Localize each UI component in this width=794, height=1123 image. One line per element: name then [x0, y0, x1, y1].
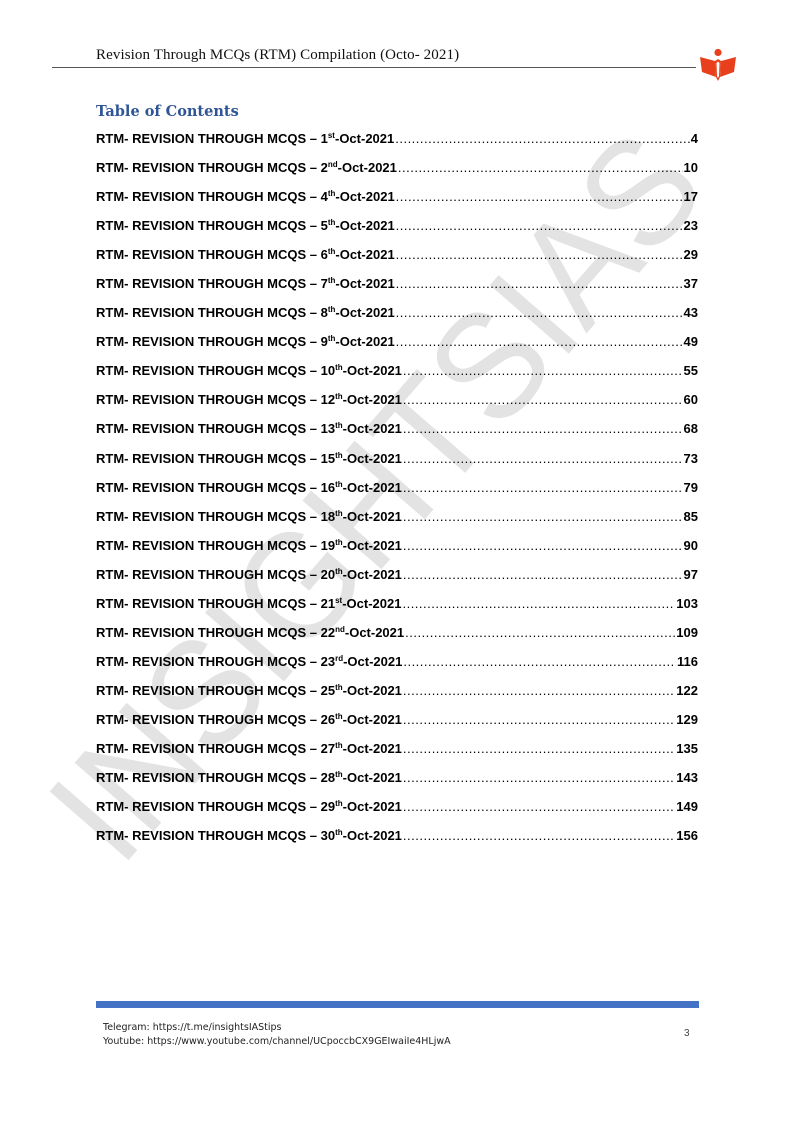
- toc-entry-label[interactable]: RTM- REVISION THROUGH MCQS – 10th-Oct-20…: [96, 363, 402, 378]
- toc-heading: Table of Contents: [96, 103, 239, 120]
- toc-entry-label[interactable]: RTM- REVISION THROUGH MCQS – 27th-Oct-20…: [96, 741, 402, 756]
- toc-dot-leader: [396, 276, 683, 291]
- toc-entry-label[interactable]: RTM- REVISION THROUGH MCQS – 21st-Oct-20…: [96, 596, 401, 611]
- toc-entry[interactable]: RTM- REVISION THROUGH MCQS – 23rd-Oct-20…: [96, 654, 698, 683]
- table-of-contents: RTM- REVISION THROUGH MCQS – 1st-Oct-202…: [96, 131, 698, 857]
- toc-page-number[interactable]: 149: [676, 799, 698, 814]
- toc-page-number[interactable]: 97: [684, 567, 698, 582]
- toc-page-number[interactable]: 90: [684, 538, 698, 553]
- toc-entry-label[interactable]: RTM- REVISION THROUGH MCQS – 1st-Oct-202…: [96, 131, 394, 146]
- toc-entry-label[interactable]: RTM- REVISION THROUGH MCQS – 23rd-Oct-20…: [96, 654, 402, 669]
- telegram-link[interactable]: Telegram: https://t.me/insightsIAStips: [103, 1021, 451, 1035]
- toc-dot-leader: [403, 538, 683, 553]
- toc-entry[interactable]: RTM- REVISION THROUGH MCQS – 12th-Oct-20…: [96, 392, 698, 421]
- toc-page-number[interactable]: 37: [684, 276, 698, 291]
- toc-page-number[interactable]: 23: [684, 218, 698, 233]
- toc-entry-label[interactable]: RTM- REVISION THROUGH MCQS – 25th-Oct-20…: [96, 683, 402, 698]
- toc-dot-leader: [403, 421, 683, 436]
- toc-page-number[interactable]: 73: [684, 451, 698, 466]
- footer-bar: [96, 1001, 699, 1008]
- toc-page-number[interactable]: 129: [676, 712, 698, 727]
- toc-dot-leader: [403, 683, 675, 698]
- toc-dot-leader: [403, 741, 675, 756]
- toc-entry[interactable]: RTM- REVISION THROUGH MCQS – 18th-Oct-20…: [96, 509, 698, 538]
- toc-page-number[interactable]: 49: [684, 334, 698, 349]
- toc-entry[interactable]: RTM- REVISION THROUGH MCQS – 27th-Oct-20…: [96, 741, 698, 770]
- toc-page-number[interactable]: 103: [676, 596, 698, 611]
- toc-entry[interactable]: RTM- REVISION THROUGH MCQS – 5th-Oct-202…: [96, 218, 698, 247]
- toc-entry-label[interactable]: RTM- REVISION THROUGH MCQS – 13th-Oct-20…: [96, 421, 402, 436]
- toc-dot-leader: [403, 567, 683, 582]
- toc-entry[interactable]: RTM- REVISION THROUGH MCQS – 2nd-Oct-202…: [96, 160, 698, 189]
- toc-entry[interactable]: RTM- REVISION THROUGH MCQS – 8th-Oct-202…: [96, 305, 698, 334]
- toc-dot-leader: [403, 363, 683, 378]
- toc-entry-label[interactable]: RTM- REVISION THROUGH MCQS – 12th-Oct-20…: [96, 392, 402, 407]
- toc-entry[interactable]: RTM- REVISION THROUGH MCQS – 13th-Oct-20…: [96, 421, 698, 450]
- toc-page-number[interactable]: 4: [691, 131, 698, 146]
- toc-page-number[interactable]: 17: [684, 189, 698, 204]
- toc-page-number[interactable]: 55: [684, 363, 698, 378]
- toc-page-number[interactable]: 109: [676, 625, 698, 640]
- toc-page-number[interactable]: 10: [684, 160, 698, 175]
- toc-entry[interactable]: RTM- REVISION THROUGH MCQS – 15th-Oct-20…: [96, 451, 698, 480]
- toc-entry[interactable]: RTM- REVISION THROUGH MCQS – 26th-Oct-20…: [96, 712, 698, 741]
- toc-dot-leader: [396, 218, 683, 233]
- page-number: 3: [684, 1028, 690, 1039]
- insightsias-book-logo-icon: [698, 48, 738, 82]
- toc-entry-label[interactable]: RTM- REVISION THROUGH MCQS – 19th-Oct-20…: [96, 538, 402, 553]
- toc-page-number[interactable]: 68: [684, 421, 698, 436]
- toc-entry[interactable]: RTM- REVISION THROUGH MCQS – 4th-Oct-202…: [96, 189, 698, 218]
- toc-entry[interactable]: RTM- REVISION THROUGH MCQS – 9th-Oct-202…: [96, 334, 698, 363]
- toc-entry-label[interactable]: RTM- REVISION THROUGH MCQS – 5th-Oct-202…: [96, 218, 395, 233]
- toc-dot-leader: [403, 770, 675, 785]
- toc-entry[interactable]: RTM- REVISION THROUGH MCQS – 29th-Oct-20…: [96, 799, 698, 828]
- toc-entry-label[interactable]: RTM- REVISION THROUGH MCQS – 20th-Oct-20…: [96, 567, 402, 582]
- toc-dot-leader: [402, 596, 675, 611]
- toc-entry-label[interactable]: RTM- REVISION THROUGH MCQS – 18th-Oct-20…: [96, 509, 402, 524]
- toc-entry[interactable]: RTM- REVISION THROUGH MCQS – 21st-Oct-20…: [96, 596, 698, 625]
- toc-dot-leader: [403, 480, 683, 495]
- toc-dot-leader: [395, 131, 690, 146]
- toc-page-number[interactable]: 116: [677, 654, 698, 669]
- toc-page-number[interactable]: 122: [676, 683, 698, 698]
- toc-dot-leader: [405, 625, 675, 640]
- toc-entry[interactable]: RTM- REVISION THROUGH MCQS – 20th-Oct-20…: [96, 567, 698, 596]
- toc-entry[interactable]: RTM- REVISION THROUGH MCQS – 6th-Oct-202…: [96, 247, 698, 276]
- toc-entry[interactable]: RTM- REVISION THROUGH MCQS – 10th-Oct-20…: [96, 363, 698, 392]
- toc-page-number[interactable]: 135: [676, 741, 698, 756]
- toc-entry-label[interactable]: RTM- REVISION THROUGH MCQS – 15th-Oct-20…: [96, 451, 402, 466]
- toc-page-number[interactable]: 60: [684, 392, 698, 407]
- toc-entry-label[interactable]: RTM- REVISION THROUGH MCQS – 16th-Oct-20…: [96, 480, 402, 495]
- toc-dot-leader: [403, 799, 675, 814]
- toc-dot-leader: [396, 334, 683, 349]
- toc-dot-leader: [403, 654, 676, 669]
- toc-entry[interactable]: RTM- REVISION THROUGH MCQS – 19th-Oct-20…: [96, 538, 698, 567]
- toc-page-number[interactable]: 79: [684, 480, 698, 495]
- toc-entry-label[interactable]: RTM- REVISION THROUGH MCQS – 6th-Oct-202…: [96, 247, 395, 262]
- header-divider: [52, 67, 696, 68]
- toc-dot-leader: [403, 828, 675, 843]
- toc-dot-leader: [403, 509, 683, 524]
- toc-dot-leader: [396, 189, 683, 204]
- toc-entry-label[interactable]: RTM- REVISION THROUGH MCQS – 2nd-Oct-202…: [96, 160, 397, 175]
- toc-entry-label[interactable]: RTM- REVISION THROUGH MCQS – 22nd-Oct-20…: [96, 625, 404, 640]
- toc-entry[interactable]: RTM- REVISION THROUGH MCQS – 30th-Oct-20…: [96, 828, 698, 857]
- toc-entry-label[interactable]: RTM- REVISION THROUGH MCQS – 9th-Oct-202…: [96, 334, 395, 349]
- toc-entry-label[interactable]: RTM- REVISION THROUGH MCQS – 8th-Oct-202…: [96, 305, 395, 320]
- toc-page-number[interactable]: 85: [684, 509, 698, 524]
- footer-links: Telegram: https://t.me/insightsIAStips Y…: [103, 1021, 451, 1049]
- toc-dot-leader: [398, 160, 683, 175]
- toc-entry-label[interactable]: RTM- REVISION THROUGH MCQS – 29th-Oct-20…: [96, 799, 402, 814]
- toc-dot-leader: [396, 247, 683, 262]
- toc-entry[interactable]: RTM- REVISION THROUGH MCQS – 25th-Oct-20…: [96, 683, 698, 712]
- toc-entry[interactable]: RTM- REVISION THROUGH MCQS – 7th-Oct-202…: [96, 276, 698, 305]
- toc-entry-label[interactable]: RTM- REVISION THROUGH MCQS – 4th-Oct-202…: [96, 189, 395, 204]
- toc-entry-label[interactable]: RTM- REVISION THROUGH MCQS – 30th-Oct-20…: [96, 828, 402, 843]
- youtube-link[interactable]: Youtube: https://www.youtube.com/channel…: [103, 1035, 451, 1049]
- toc-entry-label[interactable]: RTM- REVISION THROUGH MCQS – 28th-Oct-20…: [96, 770, 402, 785]
- toc-entry-label[interactable]: RTM- REVISION THROUGH MCQS – 7th-Oct-202…: [96, 276, 395, 291]
- toc-entry[interactable]: RTM- REVISION THROUGH MCQS – 28th-Oct-20…: [96, 770, 698, 799]
- toc-entry[interactable]: RTM- REVISION THROUGH MCQS – 22nd-Oct-20…: [96, 625, 698, 654]
- toc-page-number[interactable]: 156: [676, 828, 698, 843]
- toc-entry[interactable]: RTM- REVISION THROUGH MCQS – 1st-Oct-202…: [96, 131, 698, 160]
- toc-entry-label[interactable]: RTM- REVISION THROUGH MCQS – 26th-Oct-20…: [96, 712, 402, 727]
- toc-entry[interactable]: RTM- REVISION THROUGH MCQS – 16th-Oct-20…: [96, 480, 698, 509]
- toc-dot-leader: [403, 392, 683, 407]
- toc-page-number[interactable]: 43: [684, 305, 698, 320]
- toc-dot-leader: [403, 712, 675, 727]
- running-header-title: Revision Through MCQs (RTM) Compilation …: [96, 47, 459, 64]
- toc-dot-leader: [403, 451, 683, 466]
- toc-page-number[interactable]: 29: [684, 247, 698, 262]
- toc-dot-leader: [396, 305, 683, 320]
- toc-page-number[interactable]: 143: [676, 770, 698, 785]
